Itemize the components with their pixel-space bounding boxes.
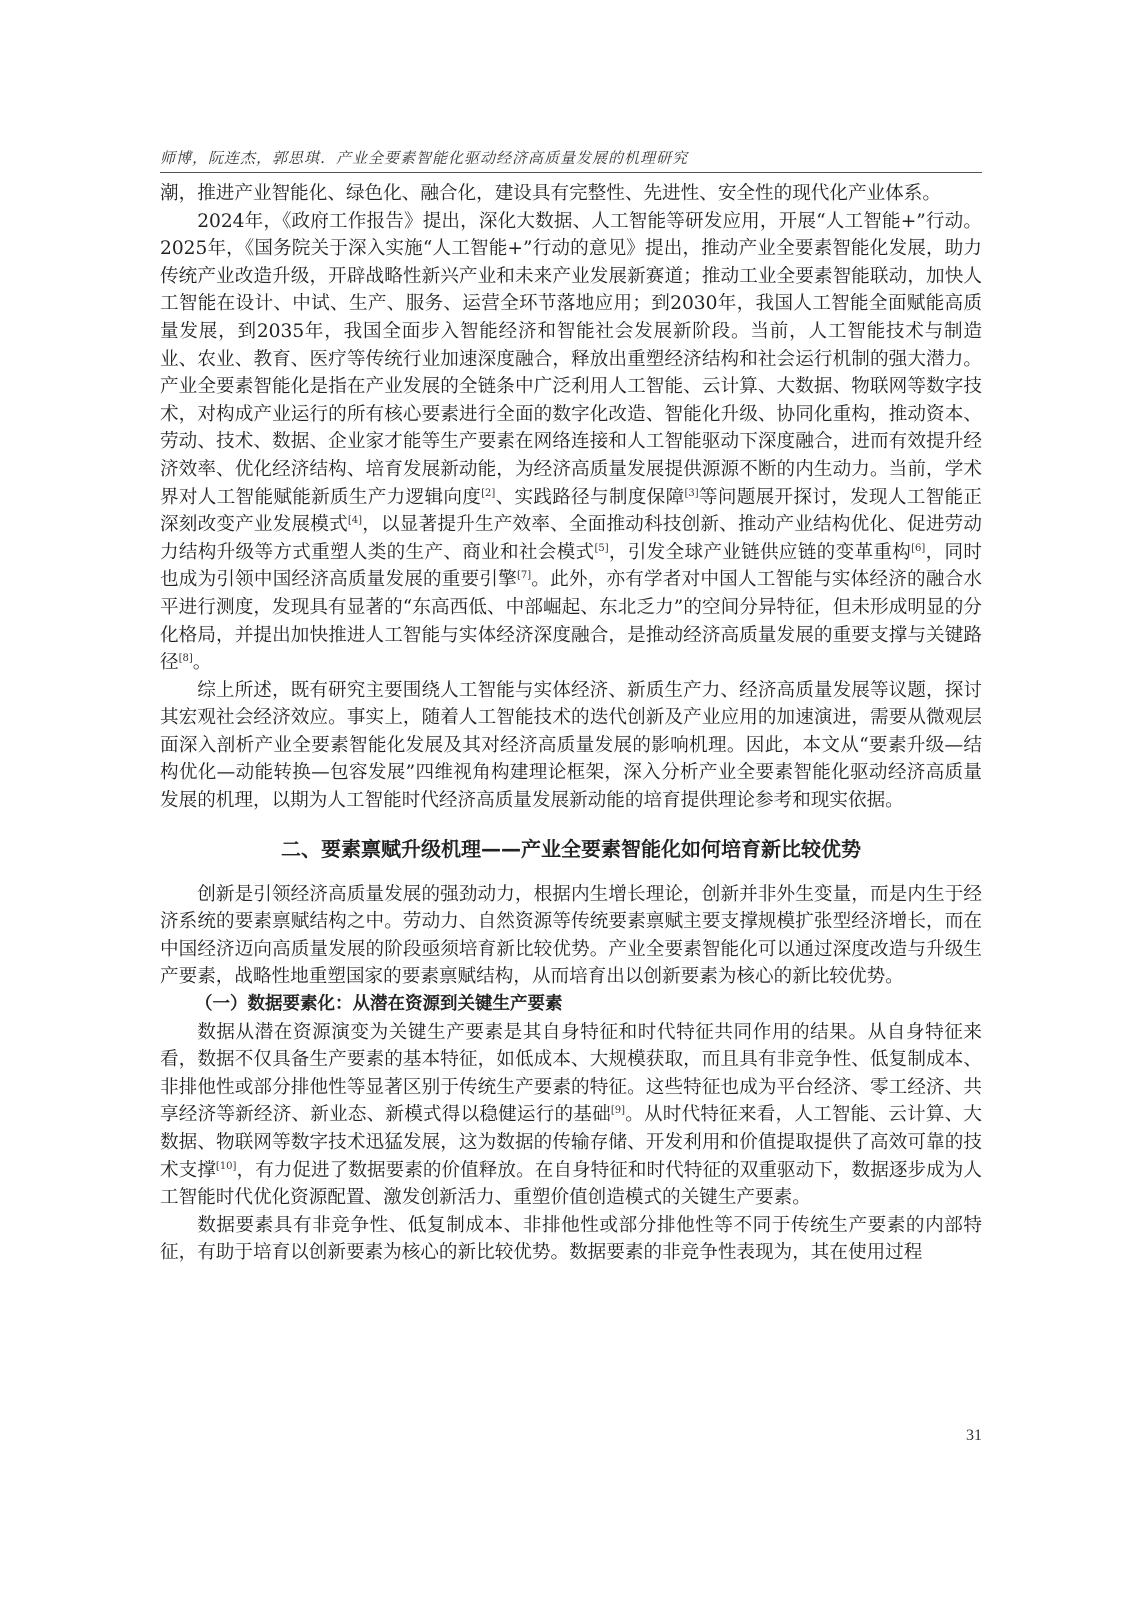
article-body: 潮，推进产业智能化、绿色化、融合化，建设具有完整性、先进性、安全性的现代化产业体… <box>160 180 982 1267</box>
paragraph-text: 。 <box>193 652 212 673</box>
running-head: 师博，阮连杰，郭思琪．产业全要素智能化驱动经济高质量发展的机理研究 <box>160 148 982 173</box>
paragraph-text: ，引发全球产业链供应链的变革重构 <box>609 542 912 563</box>
citation-marker: [7] <box>517 570 531 581</box>
citation-marker: [9] <box>611 1105 625 1116</box>
paragraph: 潮，推进产业智能化、绿色化、融合化，建设具有完整性、先进性、安全性的现代化产业体… <box>160 180 982 208</box>
section-paragraphs: 创新是引领经济高质量发展的强劲动力，根据内生增长理论，创新并非外生变量，而是内生… <box>160 881 982 991</box>
paragraph-text: 创新是引领经济高质量发展的强劲动力，根据内生增长理论，创新并非外生变量，而是内生… <box>160 884 982 988</box>
intro-paragraphs: 潮，推进产业智能化、绿色化、融合化，建设具有完整性、先进性、安全性的现代化产业体… <box>160 180 982 815</box>
paragraph-text: 、实践路径与制度保障 <box>495 487 684 508</box>
citation-marker: [3] <box>684 488 698 499</box>
citation-marker: [2] <box>481 488 495 499</box>
paragraph-text: 2024年，《政府工作报告》提出，深化大数据、人工智能等研发应用，开展“人工智能… <box>160 211 982 508</box>
paragraph: 综上所述，既有研究主要围绕人工智能与实体经济、新质生产力、经济高质量发展等议题，… <box>160 677 982 815</box>
paragraph: 数据从潜在资源演变为关键生产要素是其自身特征和时代特征共同作用的结果。从自身特征… <box>160 1019 982 1212</box>
paragraph: 数据要素具有非竞争性、低复制成本、非排他性或部分排他性等不同于传统生产要素的内部… <box>160 1212 982 1267</box>
citation-marker: [5] <box>594 543 608 554</box>
paragraph-text: ，有力促进了数据要素的价值释放。在自身特征和时代特征的双重驱动下，数据逐步成为人… <box>160 1160 982 1209</box>
page-number: 31 <box>960 1427 982 1445</box>
citation-marker: [6] <box>911 543 925 554</box>
paragraph-text: 潮，推进产业智能化、绿色化、融合化，建设具有完整性、先进性、安全性的现代化产业体… <box>160 183 941 204</box>
citation-marker: [8] <box>179 653 193 664</box>
citation-marker: [10] <box>216 1161 237 1172</box>
paragraph-text: 数据要素具有非竞争性、低复制成本、非排他性或部分排他性等不同于传统生产要素的内部… <box>160 1215 982 1264</box>
paragraph-text: 综上所述，既有研究主要围绕人工智能与实体经济、新质生产力、经济高质量发展等议题，… <box>160 680 982 811</box>
citation-marker: [4] <box>348 515 362 526</box>
paragraph: 创新是引领经济高质量发展的强劲动力，根据内生增长理论，创新并非外生变量，而是内生… <box>160 881 982 991</box>
section-heading: 二、要素禀赋升级机理——产业全要素智能化如何培育新比较优势 <box>160 835 982 863</box>
subsection-paragraphs: 数据从潜在资源演变为关键生产要素是其自身特征和时代特征共同作用的结果。从自身特征… <box>160 1019 982 1267</box>
subsection-heading: （一）数据要素化：从潜在资源到关键生产要素 <box>160 991 982 1019</box>
paragraph: 2024年，《政府工作报告》提出，深化大数据、人工智能等研发应用，开展“人工智能… <box>160 208 982 677</box>
